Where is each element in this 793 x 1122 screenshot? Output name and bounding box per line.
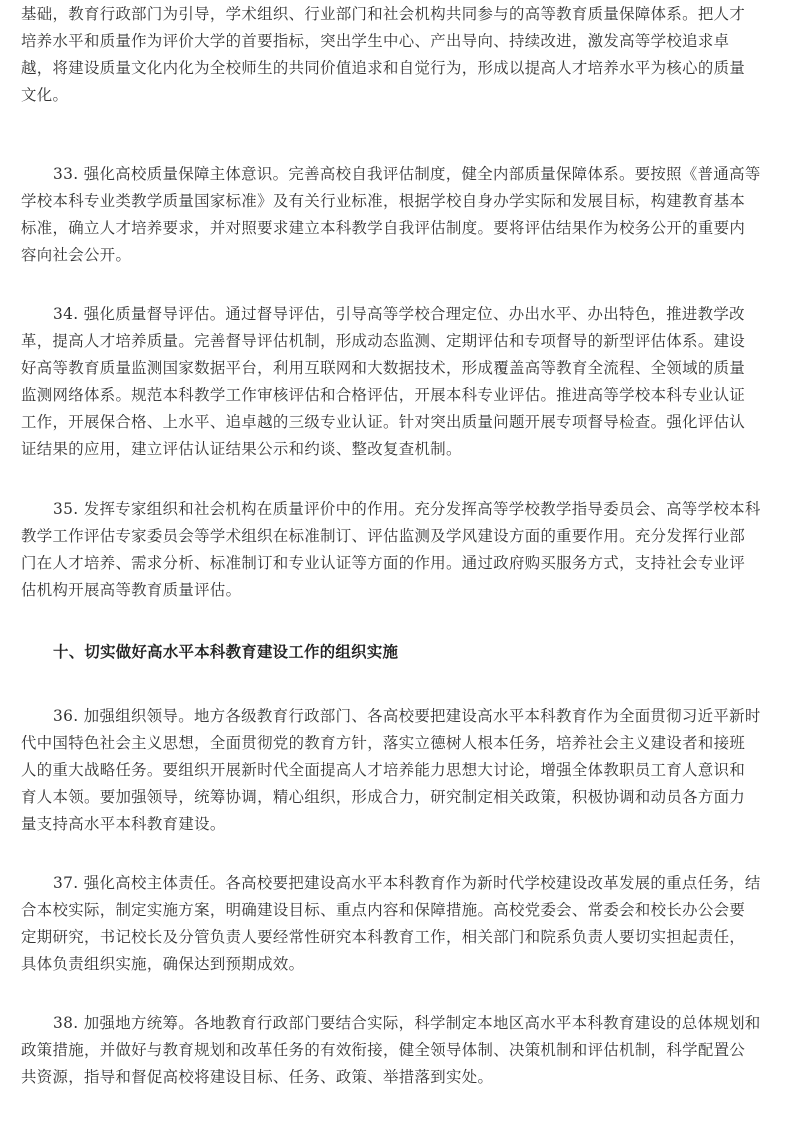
text-line: 工作，开展保合格、上水平、追卓越的三级专业认证。针对突出质量问题开展专项督导检查… <box>21 410 773 434</box>
text-line: 学校本科专业类教学质量国家标准》及有关行业标准，根据学校自身办学实际和发展目标，… <box>21 189 773 213</box>
text-line: 文化。 <box>21 83 773 107</box>
text-line: 具体负责组织实施，确保达到预期成效。 <box>21 952 773 976</box>
text-line: 育人本领。要加强领导，统筹协调，精心组织，形成合力，研究制定相关政策，积极协调和… <box>21 785 773 809</box>
text-line: 门在人才培养、需求分析、标准制订和专业认证等方面的作用。通过政府购买服务方式，支… <box>21 551 773 575</box>
text-line: 37. 强化高校主体责任。各高校要把建设高水平本科教育作为新时代学校建设改革发展… <box>53 871 793 895</box>
text-line: 量支持高水平本科教育建设。 <box>21 812 773 836</box>
text-line: 培养水平和质量作为评价大学的首要指标，突出学生中心、产出导向、持续改进，激发高等… <box>21 29 773 53</box>
text-line: 合本校实际，制定实施方案，明确建设目标、重点内容和保障措施。高校党委会、常委会和… <box>21 898 773 922</box>
text-line: 证结果的应用，建立评估认证结果公示和约谈、整改复查机制。 <box>21 437 773 461</box>
text-line: 33. 强化高校质量保障主体意识。完善高校自我评估制度，健全内部质量保障体系。要… <box>53 162 793 186</box>
text-line: 人的重大战略任务。要组织开展新时代全面提高人才培养能力思想大讨论，增强全体教职员… <box>21 758 773 782</box>
text-line: 监测网络体系。规范本科教学工作审核评估和合格评估，开展本科专业评估。推进高等学校… <box>21 383 773 407</box>
text-line: 政策措施，并做好与教育规划和改革任务的有效衔接，健全领导体制、决策机制和评估机制… <box>21 1038 773 1062</box>
text-line: 革，提高人才培养质量。完善督导评估机制，形成动态监测、定期评估和专项督导的新型评… <box>21 329 773 353</box>
text-line: 共资源，指导和督促高校将建设目标、任务、政策、举措落到实处。 <box>21 1065 773 1089</box>
text-line: 教学工作评估专家委员会等学术组织在标准制订、评估监测及学风建设方面的重要作用。充… <box>21 524 773 548</box>
text-line: 标准，确立人才培养要求，并对照要求建立本科教学自我评估制度。要将评估结果作为校务… <box>21 216 773 240</box>
text-line: 代中国特色社会主义思想，全面贯彻党的教育方针，落实立德树人根本任务，培养社会主义… <box>21 731 773 755</box>
document-page: 基础，教育行政部门为引导，学术组织、行业部门和社会机构共同参与的高等教育质量保障… <box>0 0 793 1122</box>
text-line: 越，将建设质量文化内化为全校师生的共同价值追求和自觉行为，形成以提高人才培养水平… <box>21 56 773 80</box>
text-line: 容向社会公开。 <box>21 243 773 267</box>
text-line: 定期研究，书记校长及分管负责人要经常性研究本科教育工作，相关部门和院系负责人要切… <box>21 925 773 949</box>
text-line: 基础，教育行政部门为引导，学术组织、行业部门和社会机构共同参与的高等教育质量保障… <box>21 2 773 26</box>
text-line: 35. 发挥专家组织和社会机构在质量评价中的作用。充分发挥高等学校教学指导委员会… <box>53 497 793 521</box>
text-line: 34. 强化质量督导评估。通过督导评估，引导高等学校合理定位、办出水平、办出特色… <box>53 302 793 326</box>
text-line: 36. 加强组织领导。地方各级教育行政部门、各高校要把建设高水平本科教育作为全面… <box>53 704 793 728</box>
section-heading: 十、切实做好高水平本科教育建设工作的组织实施 <box>53 640 398 664</box>
text-line: 38. 加强地方统筹。各地教育行政部门要结合实际，科学制定本地区高水平本科教育建… <box>53 1011 793 1035</box>
text-line: 估机构开展高等教育质量评估。 <box>21 578 773 602</box>
text-line: 好高等教育质量监测国家数据平台，利用互联网和大数据技术，形成覆盖高等教育全流程、… <box>21 356 773 380</box>
